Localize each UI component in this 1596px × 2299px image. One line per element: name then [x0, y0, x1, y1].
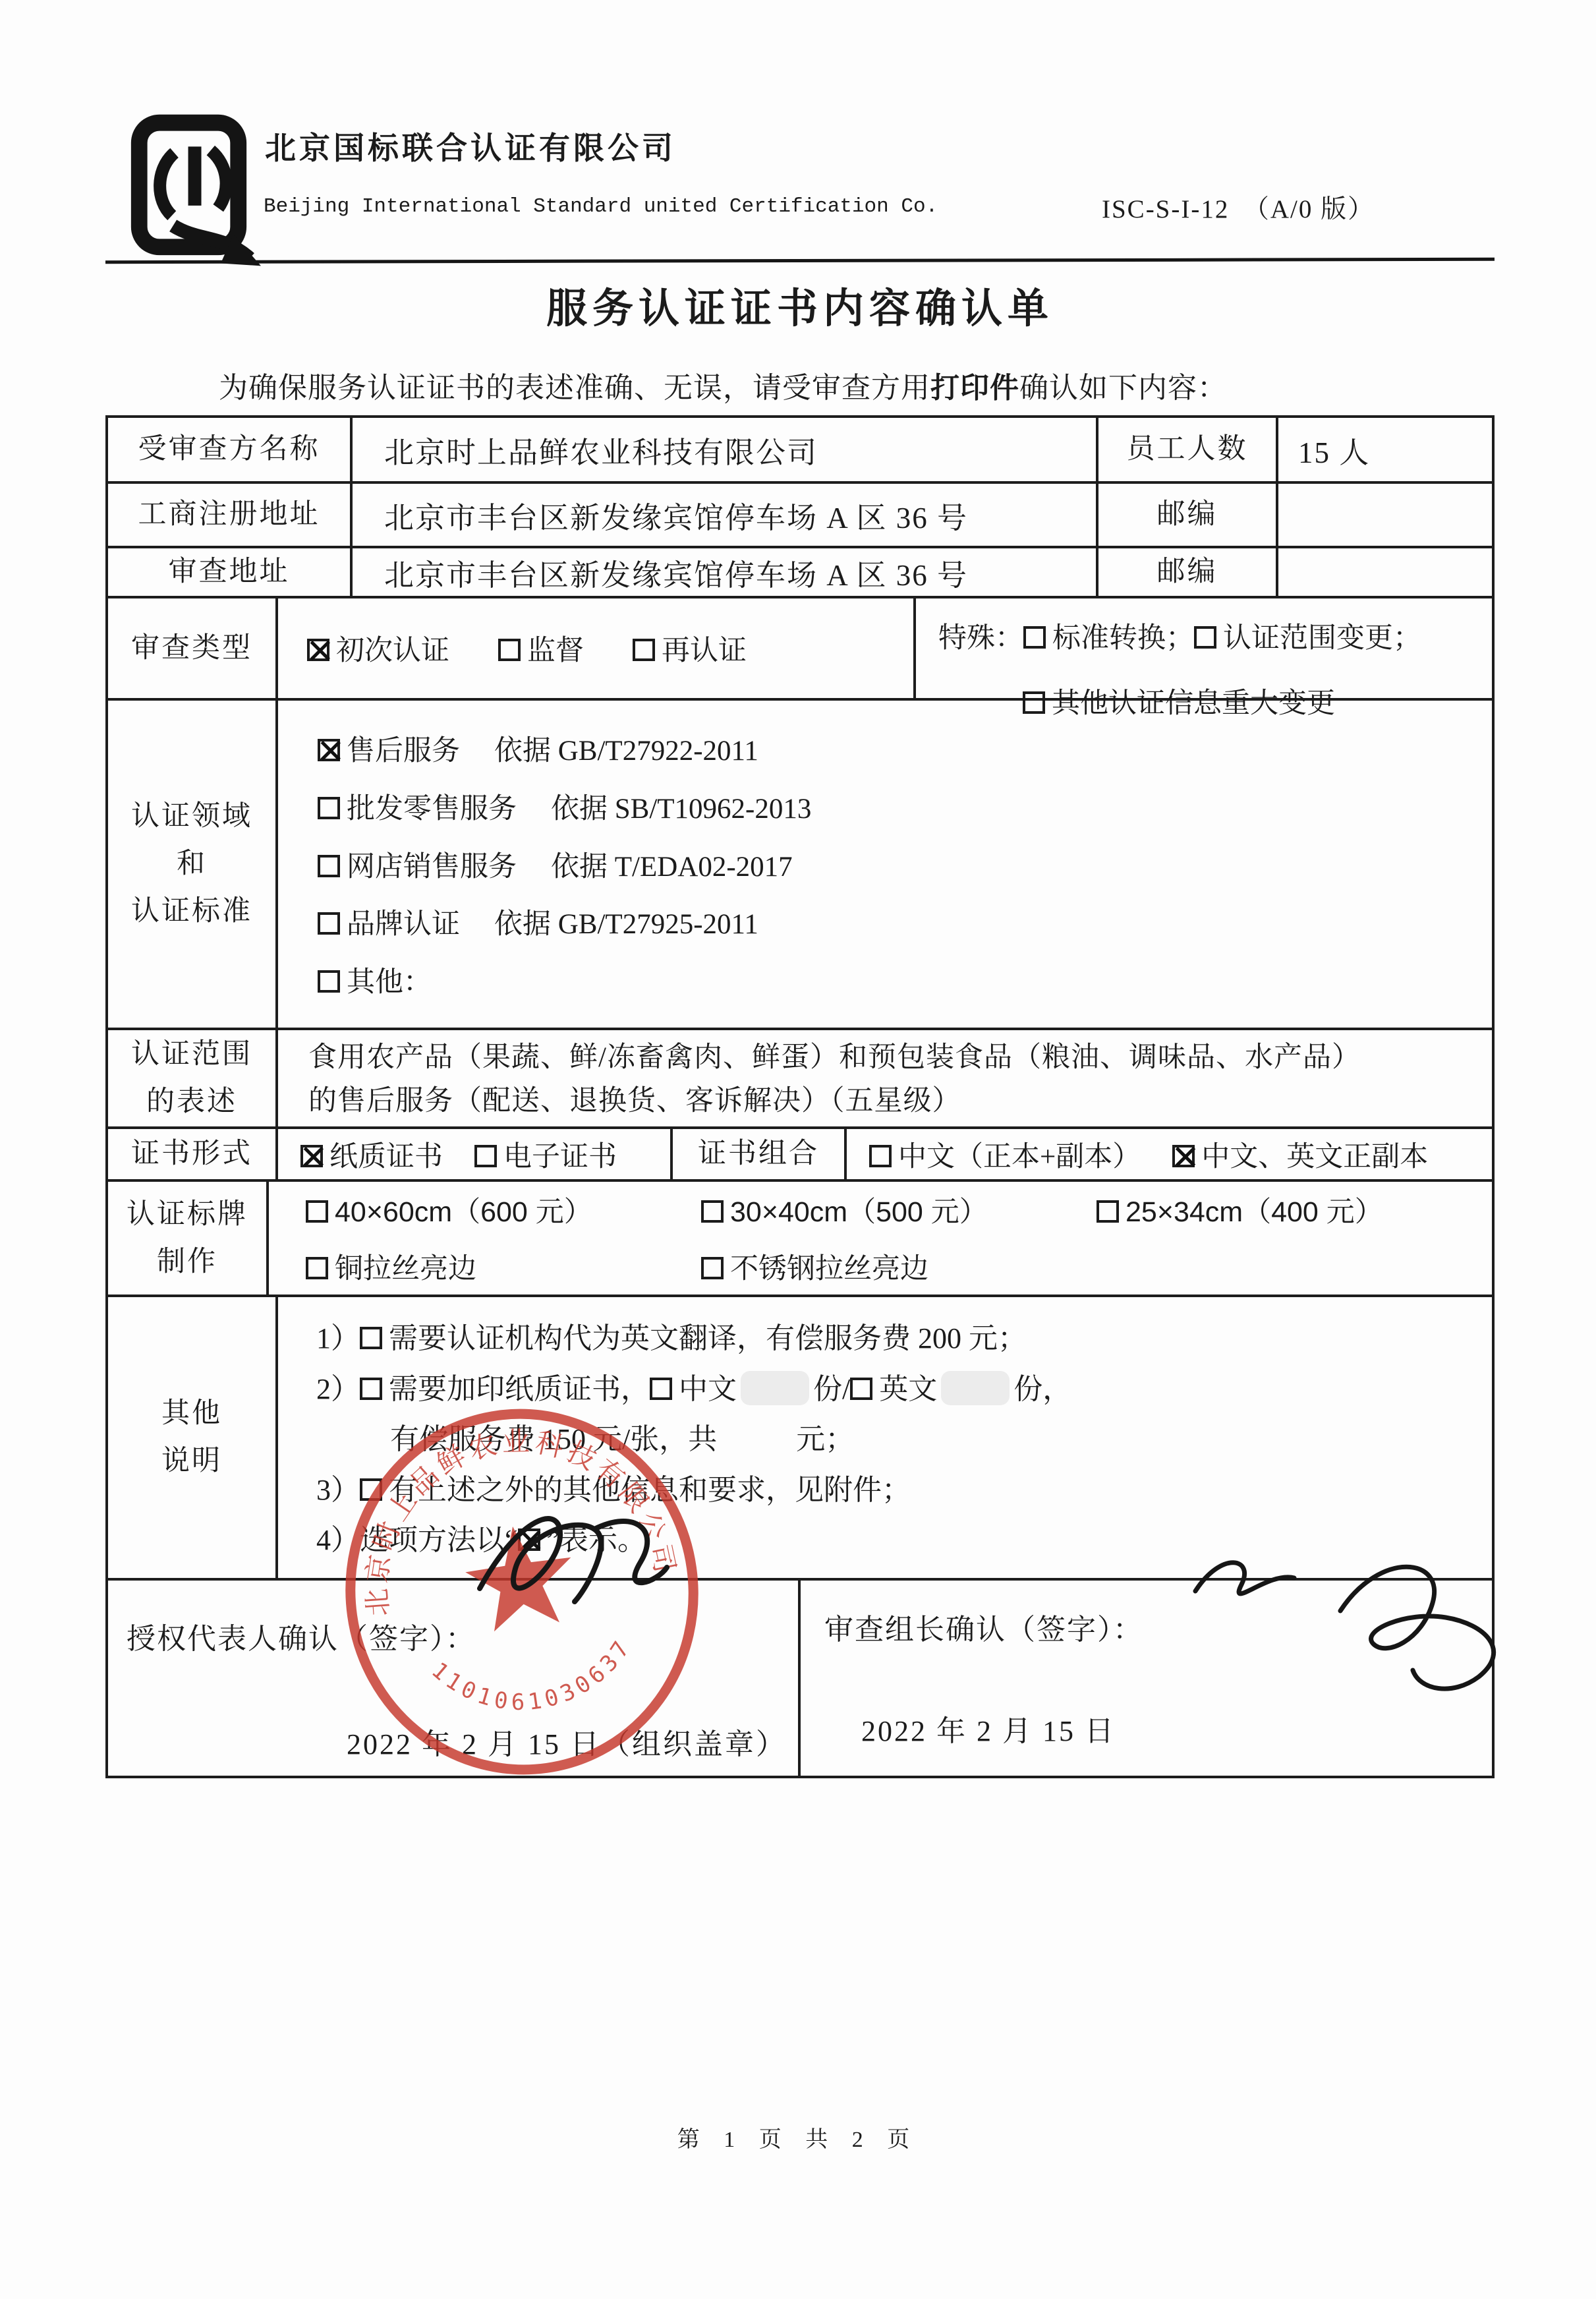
- label-certificate-combo: 证书组合: [670, 1129, 844, 1179]
- audit-team-leader-date: 2022 年 2 月 15 日: [861, 1707, 1116, 1749]
- option-plaque-40x60[interactable]: 40×60cm（600 元）: [306, 1190, 701, 1230]
- row-plaque-production: 认证标牌 制作 40×60cm（600 元） 30×40cm（500 元） 25…: [108, 1179, 1492, 1295]
- row-audit-type: 审查类型 初次认证 监督 再认证 特殊：标准转换；认证范围变更； 其他认证信息重…: [108, 596, 1492, 698]
- checkbox-electronic-certificate[interactable]: [474, 1145, 497, 1167]
- checkbox-plaque-25x34[interactable]: [1097, 1200, 1119, 1223]
- row-certification-field: 认证领域 和 认证标准 售后服务依据 GB/T27922-2011 批发零售服务…: [108, 698, 1492, 1028]
- value-registered-address: 北京市丰台区新发缘宾馆停车场 A 区 36 号: [350, 484, 1096, 546]
- erasure-mark-1: [741, 1371, 809, 1405]
- page-number: 第 1 页 共 2 页: [0, 2121, 1596, 2153]
- row-certificate-form: 证书形式 纸质证书 电子证书 证书组合 中文（正本+副本） 中文、英文正副本: [108, 1126, 1492, 1179]
- basis-wholesale-retail: 依据 SB/T10962-2013: [551, 794, 811, 825]
- intro-emphasis: 打印件: [930, 372, 1019, 404]
- row-other-notes: 其他 说明 1）需要认证机构代为英文翻译，有偿服务费 200 元； 2）需要加印…: [108, 1295, 1492, 1578]
- row-scope-statement: 认证范围 的表述 食用农产品（果蔬、鲜/冻畜禽肉、鲜蛋）和预包装食品（粮油、调味…: [108, 1028, 1492, 1126]
- checkbox-field-other[interactable]: [318, 970, 340, 993]
- checkbox-extra-paper-certificates[interactable]: [360, 1378, 382, 1400]
- checkbox-online-store[interactable]: [318, 855, 340, 877]
- option-standard-transfer[interactable]: 标准转换；: [1023, 623, 1194, 654]
- value-postcode-2[interactable]: [1276, 548, 1492, 596]
- company-logo: [129, 113, 261, 272]
- company-name-en: Beijing International Standard united Ce…: [264, 195, 938, 218]
- checkbox-extra-chinese[interactable]: [650, 1378, 672, 1400]
- label-certification-field: 认证领域 和 认证标准: [108, 701, 275, 1028]
- option-plaque-30x40[interactable]: 30×40cm（500 元）: [701, 1190, 1097, 1230]
- option-field-other[interactable]: 其他：: [318, 960, 1492, 1000]
- checkbox-initial-certification[interactable]: [307, 639, 329, 661]
- label-certificate-form: 证书形式: [108, 1129, 275, 1179]
- option-paper-certificate[interactable]: 纸质证书: [300, 1134, 443, 1175]
- checkbox-after-sales-service[interactable]: [318, 739, 340, 761]
- label-audited-org: 受审查方名称: [108, 418, 350, 481]
- intro-line: 为确保服务认证证书的表述准确、无误，请受审查方用打印件确认如下内容：: [219, 364, 1227, 406]
- checkbox-surveillance[interactable]: [498, 639, 521, 661]
- label-registered-address: 工商注册地址: [108, 484, 350, 546]
- checkbox-copper-edge[interactable]: [306, 1257, 328, 1279]
- option-brand-certification[interactable]: 品牌认证依据 GB/T27925-2011: [318, 902, 1492, 942]
- option-chinese-original-copy[interactable]: 中文（正本+副本）: [869, 1134, 1141, 1175]
- certification-field-options: 售后服务依据 GB/T27922-2011 批发零售服务依据 SB/T10962…: [275, 701, 1492, 1028]
- note-item-1: 1）需要认证机构代为英文翻译，有偿服务费 200 元；: [316, 1314, 1485, 1356]
- special-prefix: 特殊：: [938, 623, 1023, 654]
- value-postcode-1[interactable]: [1276, 484, 1492, 546]
- checkbox-plaque-30x40[interactable]: [701, 1200, 724, 1223]
- option-stainless-edge[interactable]: 不锈钢拉丝亮边: [701, 1246, 1097, 1287]
- company-name-cn: 北京国标联合认证有限公司: [265, 124, 676, 168]
- checkbox-scope-change[interactable]: [1194, 626, 1216, 649]
- value-audited-org: 北京时上品鲜农业科技有限公司: [350, 418, 1096, 481]
- certificate-combo-options: 中文（正本+副本） 中文、英文正副本: [844, 1129, 1492, 1179]
- row-signatures: 授权代表人确认（签字）： 2022 年 2 月 15 日（组织盖章） 审查组长确…: [108, 1578, 1492, 1776]
- other-notes-items: 1）需要认证机构代为英文翻译，有偿服务费 200 元； 2）需要加印纸质证书，中…: [275, 1297, 1492, 1578]
- checkbox-recertification[interactable]: [633, 639, 655, 661]
- checkbox-plaque-40x60[interactable]: [306, 1200, 328, 1223]
- row-audited-org: 受审查方名称 北京时上品鲜农业科技有限公司 员工人数 15 人: [108, 418, 1492, 481]
- basis-brand-certification: 依据 GB/T27925-2011: [494, 909, 758, 940]
- label-audit-type: 审查类型: [108, 598, 275, 698]
- option-surveillance[interactable]: 监督: [498, 628, 584, 668]
- option-chinese-english-set[interactable]: 中文、英文正副本: [1172, 1134, 1428, 1175]
- option-initial-certification[interactable]: 初次认证: [307, 628, 449, 668]
- row-registered-address: 工商注册地址 北京市丰台区新发缘宾馆停车场 A 区 36 号 邮编: [108, 481, 1492, 546]
- option-recertification[interactable]: 再认证: [633, 628, 747, 668]
- option-wholesale-retail[interactable]: 批发零售服务依据 SB/T10962-2013: [318, 786, 1492, 827]
- option-copper-edge[interactable]: 铜拉丝亮边: [306, 1246, 701, 1287]
- checkbox-chinese-english-set[interactable]: [1172, 1145, 1195, 1167]
- option-scope-change[interactable]: 认证范围变更；: [1194, 623, 1421, 654]
- intro-post: 确认如下内容：: [1019, 372, 1227, 404]
- header-divider: [105, 258, 1495, 264]
- checkbox-other-info-attachment[interactable]: [360, 1478, 382, 1501]
- document-code: ISC-S-I-12 （A/0 版）: [1102, 189, 1375, 225]
- label-other-notes: 其他 说明: [108, 1297, 275, 1578]
- checkbox-brand-certification[interactable]: [318, 912, 340, 935]
- note-item-2: 2）需要加印纸质证书，中文份/英文份，: [316, 1365, 1485, 1407]
- note-item-4: 4）选项方法以“”表示。: [316, 1516, 1485, 1558]
- label-plaque-production: 认证标牌 制作: [108, 1182, 266, 1295]
- checkbox-wholesale-retail[interactable]: [318, 797, 340, 819]
- checkbox-paper-certificate[interactable]: [300, 1145, 323, 1167]
- scanned-document-page: 北京国标联合认证有限公司 Beijing International Stand…: [0, 0, 1596, 2299]
- checkbox-extra-english[interactable]: [850, 1378, 872, 1400]
- option-electronic-certificate[interactable]: 电子证书: [474, 1134, 617, 1175]
- basis-online-store: 依据 T/EDA02-2017: [551, 852, 793, 883]
- label-postcode-1: 邮编: [1096, 484, 1276, 546]
- plaque-options: 40×60cm（600 元） 30×40cm（500 元） 25×34cm（40…: [266, 1182, 1492, 1295]
- option-plaque-25x34[interactable]: 25×34cm（400 元）: [1097, 1190, 1492, 1230]
- option-online-store[interactable]: 网店销售服务依据 T/EDA02-2017: [318, 844, 1492, 885]
- basis-after-sales: 依据 GB/T27922-2011: [494, 736, 758, 767]
- checkbox-english-translation[interactable]: [360, 1327, 382, 1349]
- label-audit-address: 审查地址: [108, 548, 350, 596]
- intro-pre: 为确保服务认证证书的表述准确、无误，请受审查方用: [219, 372, 930, 404]
- option-after-sales-service[interactable]: 售后服务依据 GB/T27922-2011: [318, 728, 1492, 769]
- scope-statement-text: 食用农产品（果蔬、鲜/冻畜禽肉、鲜蛋）和预包装食品（粮油、调味品、水产品） 的售…: [275, 1030, 1492, 1126]
- authorized-representative-date: 2022 年 2 月 15 日（组织盖章）: [347, 1720, 787, 1762]
- value-audit-address: 北京市丰台区新发缘宾馆停车场 A 区 36 号: [350, 548, 1096, 596]
- authorized-representative-cell: 授权代表人确认（签字）： 2022 年 2 月 15 日（组织盖章）: [108, 1581, 798, 1776]
- audit-team-leader-label: 审查组长确认（签字）：: [824, 1606, 1143, 1648]
- label-postcode-2: 邮编: [1096, 548, 1276, 596]
- audit-type-options: 初次认证 监督 再认证: [275, 598, 913, 698]
- page-title: 服务认证证书内容确认单: [105, 276, 1495, 334]
- special-audit-options: 特殊：标准转换；认证范围变更； 其他认证信息重大变更: [913, 598, 1492, 698]
- checkbox-standard-transfer[interactable]: [1023, 626, 1046, 649]
- label-scope-statement: 认证范围 的表述: [108, 1030, 275, 1126]
- value-employee-count: 15 人: [1276, 418, 1492, 481]
- checkbox-chinese-original-copy[interactable]: [869, 1145, 892, 1167]
- label-employee-count: 员工人数: [1096, 418, 1276, 481]
- checked-box-example-icon: [518, 1528, 540, 1551]
- certificate-form-options: 纸质证书 电子证书: [275, 1129, 670, 1179]
- note-item-2b: 有偿服务费 150 元/张，共元；: [390, 1415, 1485, 1457]
- erasure-mark-2: [941, 1371, 1010, 1405]
- row-audit-address: 审查地址 北京市丰台区新发缘宾馆停车场 A 区 36 号 邮编: [108, 546, 1492, 596]
- note-item-3: 3）有上述之外的其他信息和要求，见附件；: [316, 1466, 1485, 1508]
- confirmation-table: 受审查方名称 北京时上品鲜农业科技有限公司 员工人数 15 人 工商注册地址 北…: [105, 415, 1495, 1778]
- authorized-representative-label: 授权代表人确认（签字）：: [127, 1615, 476, 1657]
- checkbox-stainless-edge[interactable]: [701, 1257, 724, 1279]
- audit-team-leader-cell: 审查组长确认（签字）： 2022 年 2 月 15 日: [798, 1581, 1492, 1776]
